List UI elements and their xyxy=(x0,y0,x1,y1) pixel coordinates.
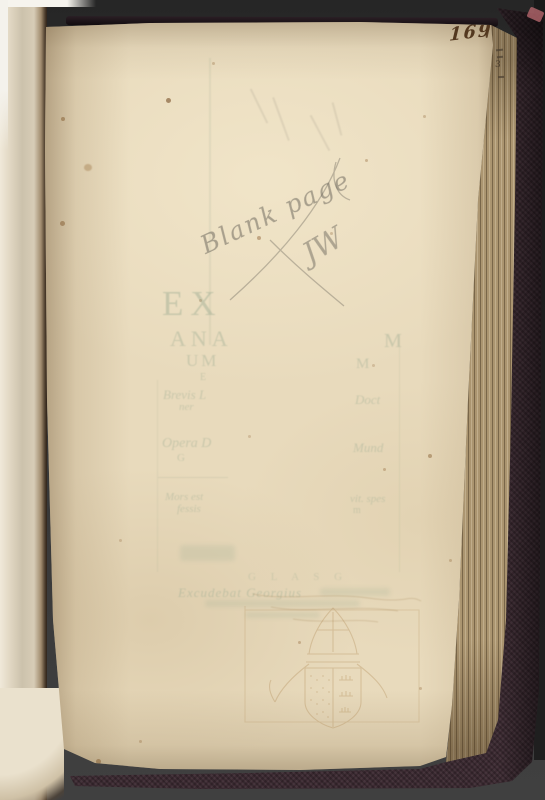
showthrough-imprint-city: G L A S G xyxy=(248,571,348,583)
showthrough-margin-note: vit. spes xyxy=(350,493,385,505)
foxing-spot xyxy=(60,221,65,226)
showthrough-margin-note: Doct xyxy=(355,392,380,408)
fore-edge-dash xyxy=(497,56,503,58)
showthrough-margin-note: m xyxy=(353,505,361,516)
stamp-ermine-dots xyxy=(310,675,330,718)
stamp-shield xyxy=(305,668,361,728)
showthrough-margin-note: Mund xyxy=(353,440,383,456)
foxing-spot xyxy=(96,759,101,764)
pencil-scribble xyxy=(250,88,268,123)
foxing-spot xyxy=(365,159,368,162)
foxing-spot xyxy=(84,164,92,171)
showthrough-border-line xyxy=(157,380,158,572)
showthrough-title-word: ANA xyxy=(170,326,233,352)
foxing-spot xyxy=(419,687,422,690)
foxing-spot xyxy=(383,468,386,471)
stamp-frame xyxy=(245,606,419,722)
showthrough-margin-note: Opera D xyxy=(162,436,211,452)
foxing-spot xyxy=(423,115,426,118)
showthrough-margin-note: fessis xyxy=(177,503,201,515)
showthrough-margin-note: ner xyxy=(179,401,194,413)
pencil-scribble xyxy=(272,97,290,141)
foxing-spot xyxy=(449,559,452,562)
foxing-spot xyxy=(372,364,375,367)
showthrough-margin-note: G xyxy=(177,452,185,464)
stamp-mitre xyxy=(309,608,357,654)
foxing-spot xyxy=(166,98,171,103)
pencil-scribble xyxy=(310,115,331,151)
scan-frame-edge-top xyxy=(0,0,96,7)
stamp-mitre-band xyxy=(306,654,360,662)
fore-edge-dash xyxy=(498,76,504,78)
showthrough-title-word: EX xyxy=(162,284,223,324)
showthrough-margin-note: Mors est xyxy=(165,491,203,503)
foxing-spot xyxy=(257,236,261,240)
embossed-stamp xyxy=(233,592,433,752)
pencil-flourish xyxy=(218,148,358,313)
foxing-spot xyxy=(139,740,142,743)
foxing-spot xyxy=(212,62,215,65)
book-scan-photo: EX ANA M UM M E Brevis L ner Doct Opera … xyxy=(0,0,545,800)
foxing-spot xyxy=(248,435,251,438)
showthrough-letter: E xyxy=(200,372,206,383)
foxing-spot xyxy=(330,232,333,235)
foxing-spot xyxy=(119,539,122,542)
foxing-spot xyxy=(298,641,301,644)
fore-edge-mark: 3 xyxy=(495,60,502,70)
showthrough-handwriting-squiggle xyxy=(253,594,421,622)
stamp-crowns xyxy=(339,675,353,712)
showthrough-title-word: M xyxy=(384,330,402,353)
pencil-scribble xyxy=(332,102,343,135)
showthrough-rule xyxy=(158,477,228,478)
showthrough-title-word: M xyxy=(356,356,369,373)
foxing-spot xyxy=(61,117,65,121)
showthrough-illegible-block xyxy=(180,545,235,561)
facing-page-curl xyxy=(0,688,64,800)
showthrough-title-word: UM xyxy=(186,351,219,371)
foxing-spot xyxy=(199,299,202,302)
showthrough-border-line xyxy=(399,335,400,572)
stamp-lappet-left xyxy=(270,664,309,702)
scan-frame-edge-left xyxy=(0,0,8,150)
foxing-spot xyxy=(428,454,432,458)
